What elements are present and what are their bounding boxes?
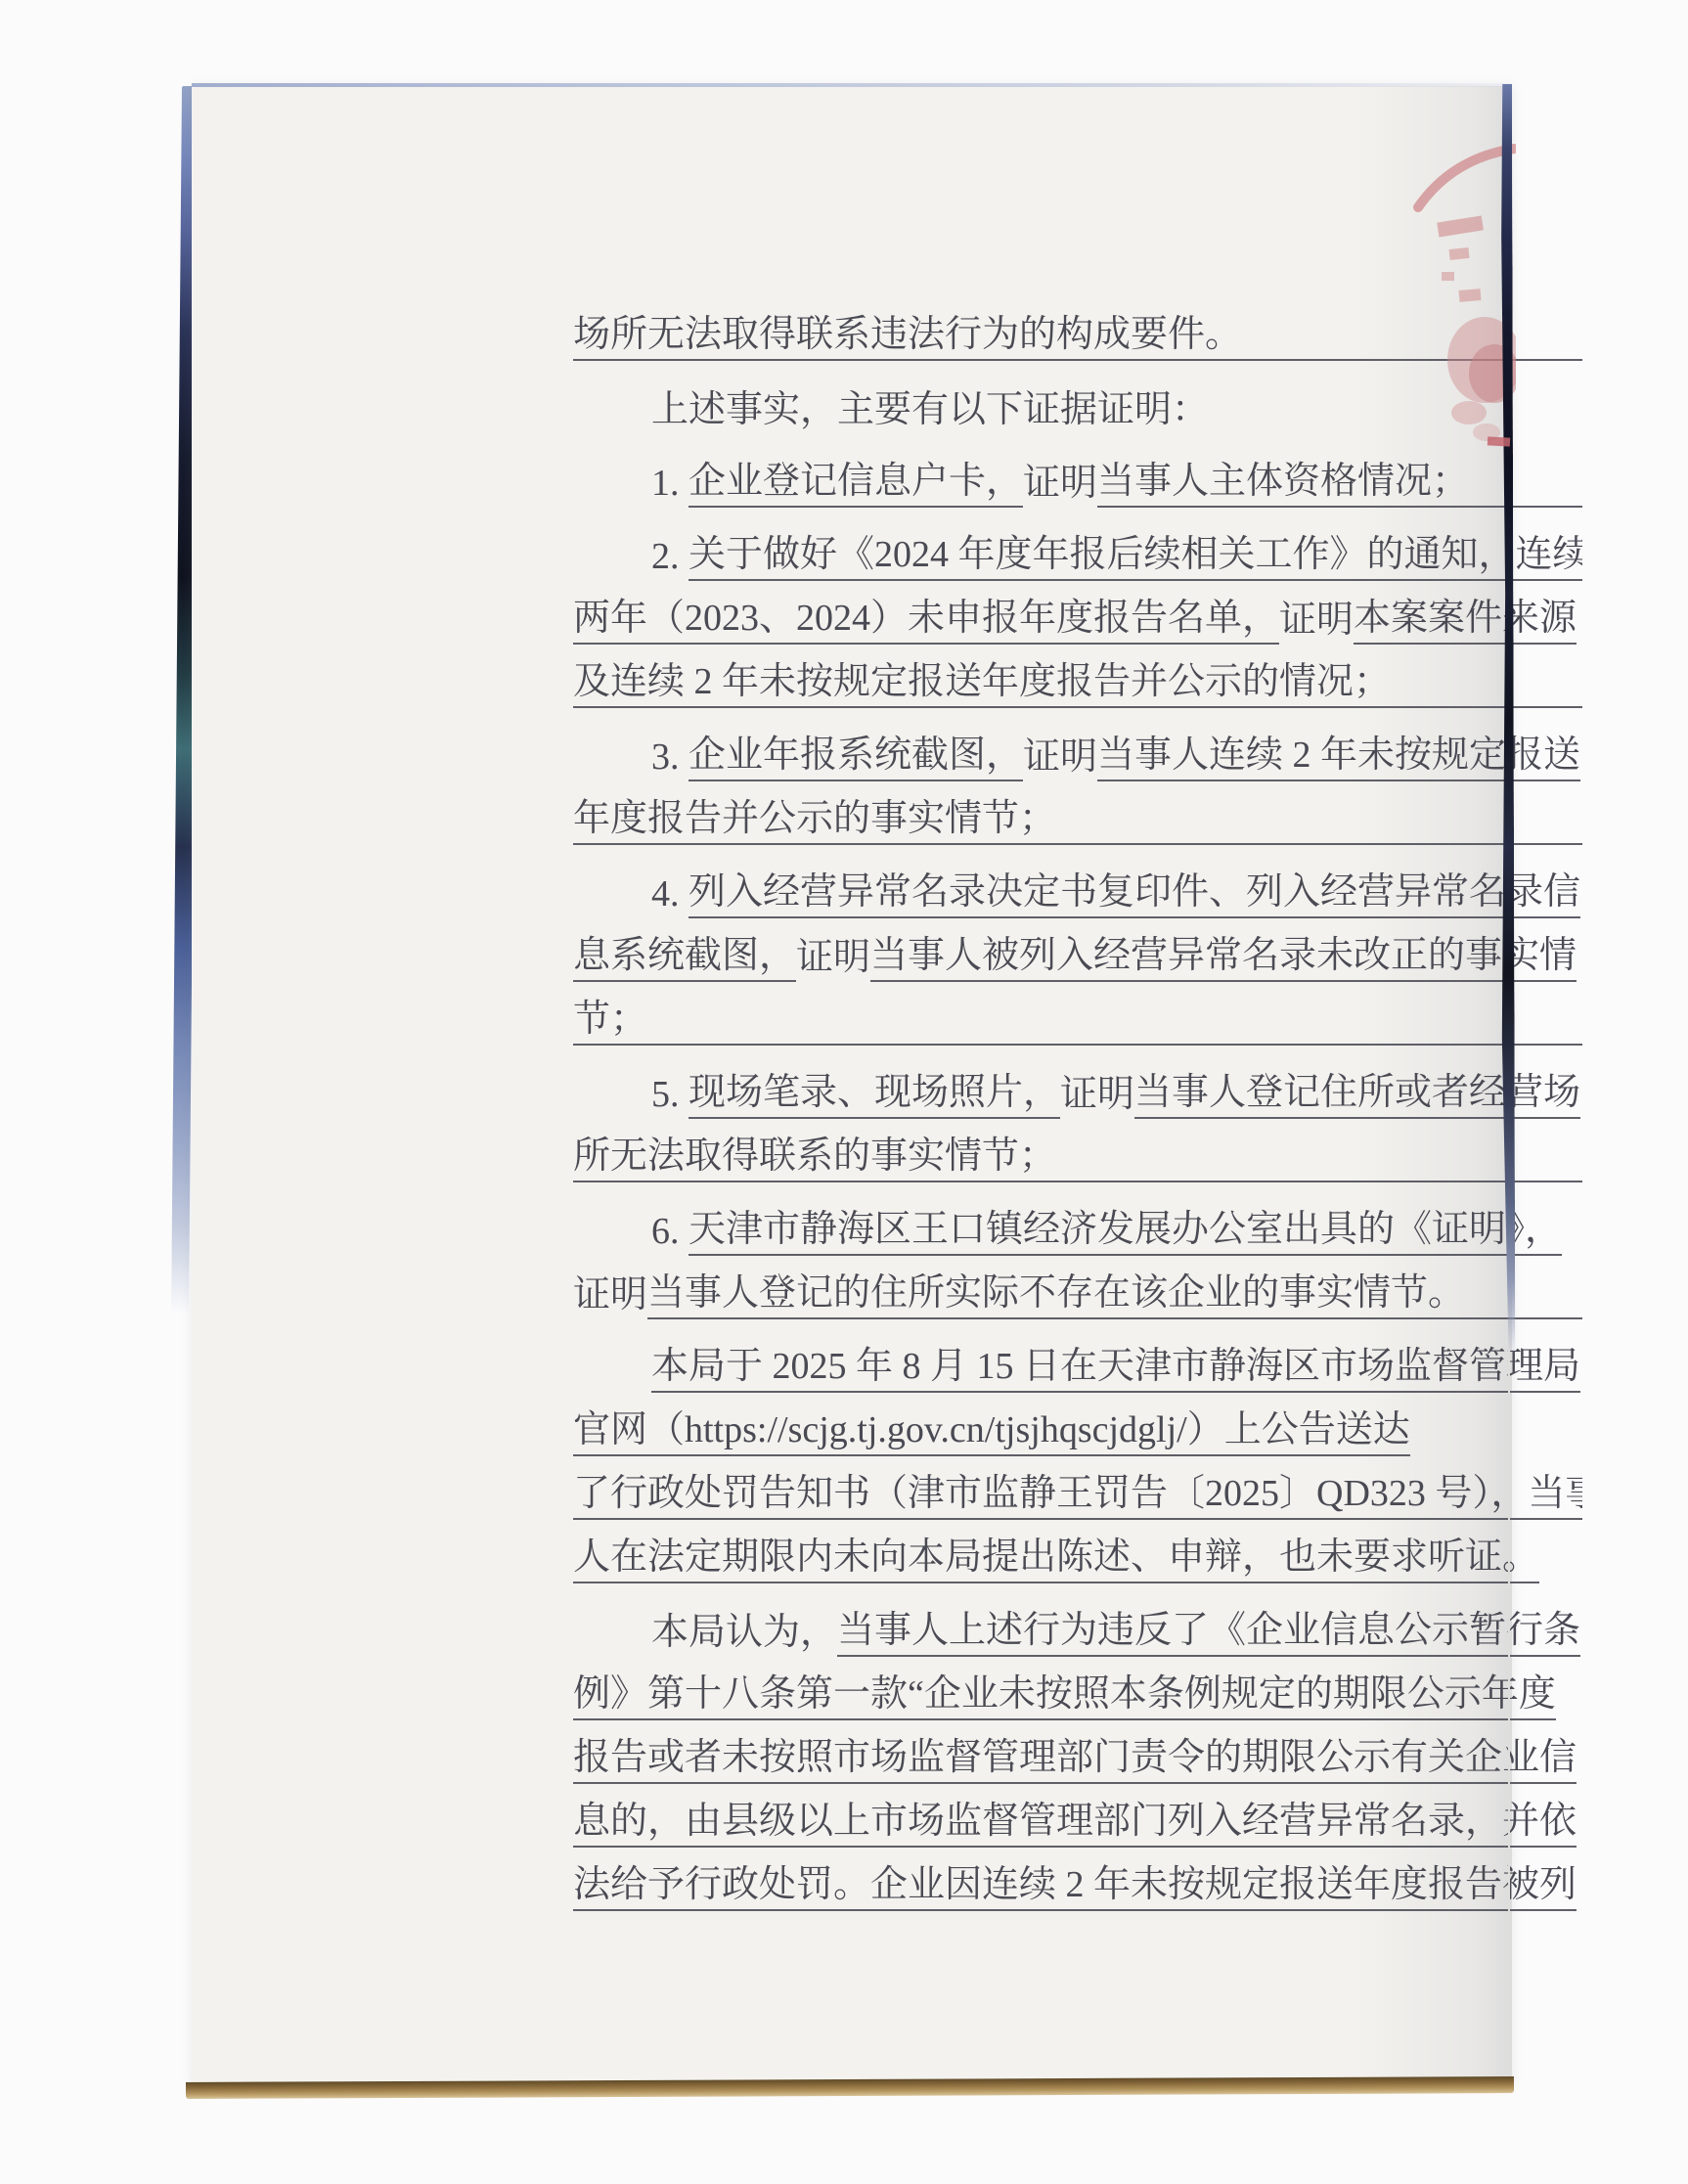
text-line: 本局于 2025 年 8 月 15 日在天津市静海区市场监督管理局 [573, 1329, 1582, 1393]
text-segment: 当事人被列入经营异常名录未改正的事实情 [870, 931, 1577, 982]
text-line: 官网（https://scjg.tj.gov.cn/tjsjhqscjdglj/… [573, 1393, 1582, 1456]
text-segment: 4. [651, 869, 689, 918]
text-segment: 及连续 2 年未按规定报送年度报告并公示的情况； [573, 657, 1391, 708]
text-line: 了行政处罚告知书（津市监静王罚告〔2025〕QD323 号），当事 [573, 1456, 1582, 1520]
text-segment: 3. [651, 733, 689, 781]
text-line: 息系统截图，证明当事人被列入经营异常名录未改正的事实情 [573, 918, 1582, 982]
text-segment: 两年（2023、2024）未申报年度报告名单， [573, 594, 1279, 645]
text-segment: 6. [651, 1207, 689, 1256]
text-segment: 法给予行政处罚。企业因连续 2 年未按规定报送年度报告被列 [573, 1860, 1577, 1911]
text-line: 2. 关于做好《2024 年度年报后续相关工作》的通知，连续 [573, 517, 1582, 581]
text-segment: 现场笔录、现场照片， [689, 1068, 1060, 1119]
text-line: 1. 企业登记信息户卡，证明当事人主体资格情况； [573, 444, 1582, 508]
text-segment: 场所无法取得联系违法行为的构成要件。 [573, 310, 1242, 361]
text-segment: 当事人登记的住所实际不存在该企业的事实情节。 [647, 1269, 1465, 1319]
text-line: 节； [573, 982, 1582, 1046]
page-right-edge-line [1508, 1350, 1510, 2083]
text-segment: 关于做好《2024 年度年报后续相关工作》的通知，连续 [689, 530, 1582, 581]
text-line: 所无法取得联系的事实情节； [573, 1119, 1582, 1182]
scanned-document-photo: 场所无法取得联系违法行为的构成要件。上述事实，主要有以下证据证明：1. 企业登记… [0, 0, 1688, 2184]
text-line: 4. 列入经营异常名录决定书复印件、列入经营异常名录信 [573, 855, 1582, 918]
underline-fill [1056, 1132, 1582, 1182]
text-segment: 了行政处罚告知书（津市监静王罚告〔2025〕QD323 号），当事 [573, 1469, 1582, 1520]
text-line: 人在法定期限内未向本局提出陈述、申辩，也未要求听证。 [573, 1520, 1582, 1583]
text-segment: 1. [651, 459, 689, 508]
text-segment: 报告或者未按照市场监督管理部门责令的期限公示有关企业信 [573, 1733, 1577, 1784]
text-segment: 所无法取得联系的事实情节； [573, 1132, 1056, 1182]
text-segment: 本案案件来源 [1354, 594, 1577, 645]
text-line: 报告或者未按照市场监督管理部门责令的期限公示有关企业信 [573, 1720, 1582, 1784]
text-segment: 证明 [1279, 596, 1354, 645]
text-line: 法给予行政处罚。企业因连续 2 年未按规定报送年度报告被列 [573, 1848, 1582, 1911]
text-segment: 证明 [1023, 459, 1097, 508]
text-line: 证明当事人登记的住所实际不存在该企业的事实情节。 [573, 1256, 1582, 1319]
text-segment: 证明 [1060, 1070, 1134, 1119]
text-line: 例》第十八条第一款“企业未按照本条例规定的期限公示年度 [573, 1657, 1582, 1720]
document-body: 场所无法取得联系违法行为的构成要件。上述事实，主要有以下证据证明：1. 企业登记… [573, 297, 1582, 1911]
text-line: 年度报告并公示的事实情节； [573, 781, 1582, 845]
text-line: 息的，由县级以上市场监督管理部门列入经营异常名录，并依 [573, 1784, 1582, 1848]
text-line: 本局认为，当事人上述行为违反了《企业信息公示暂行条 [573, 1593, 1582, 1657]
text-segment: 本局于 2025 年 8 月 15 日在天津市静海区市场监督管理局 [651, 1342, 1580, 1393]
text-segment: 息系统截图， [573, 931, 796, 982]
text-segment: 年度报告并公示的事实情节； [573, 794, 1056, 845]
text-segment: 上述事实，主要有以下证据证明： [651, 385, 1209, 434]
text-segment: 2. [651, 532, 689, 581]
text-segment: 列入经营异常名录决定书复印件、列入经营异常名录信 [689, 868, 1580, 918]
stamp-ink-on-edge [1488, 436, 1510, 446]
text-segment: 证明 [573, 1270, 647, 1319]
text-segment: 人在法定期限内未向本局提出陈述、申辩，也未要求听证。 [573, 1533, 1539, 1583]
text-segment: 证明 [796, 933, 870, 982]
text-segment: 息的，由县级以上市场监督管理部门列入经营异常名录，并依 [573, 1797, 1577, 1848]
underline-fill [647, 995, 1582, 1046]
text-segment: 官网（https://scjg.tj.gov.cn/tjsjhqscjdglj/… [573, 1405, 1410, 1456]
document-page: 场所无法取得联系违法行为的构成要件。上述事实，主要有以下证据证明：1. 企业登记… [192, 86, 1512, 2085]
text-segment: 节； [573, 995, 647, 1046]
text-segment: 企业登记信息户卡， [689, 457, 1023, 508]
text-segment: 证明 [1023, 733, 1097, 781]
underline-fill [1465, 1269, 1582, 1319]
text-segment: 例》第十八条第一款“企业未按照本条例规定的期限公示年度 [573, 1670, 1556, 1720]
text-segment: 当事人上述行为违反了《企业信息公示暂行条 [837, 1606, 1580, 1657]
text-segment: 本局认为， [651, 1608, 837, 1657]
text-line: 场所无法取得联系违法行为的构成要件。 [573, 297, 1582, 361]
text-segment: 企业年报系统截图， [689, 731, 1023, 781]
text-line: 5. 现场笔录、现场照片，证明当事人登记住所或者经营场 [573, 1055, 1582, 1119]
underline-fill [1469, 457, 1582, 508]
text-line: 上述事实，主要有以下证据证明： [573, 371, 1582, 434]
text-segment: 天津市静海区王口镇经济发展办公室出具的《证明》， [689, 1205, 1562, 1256]
text-line: 两年（2023、2024）未申报年度报告名单，证明本案案件来源 [573, 581, 1582, 645]
text-line: 3. 企业年报系统截图，证明当事人连续 2 年未按规定报送 [573, 718, 1582, 781]
underline-fill [1242, 310, 1582, 361]
text-segment: 当事人主体资格情况； [1097, 457, 1469, 508]
underline-fill [1391, 657, 1582, 708]
text-segment: 5. [651, 1070, 689, 1119]
text-line: 及连续 2 年未按规定报送年度报告并公示的情况； [573, 645, 1582, 708]
text-line: 6. 天津市静海区王口镇经济发展办公室出具的《证明》， [573, 1192, 1582, 1256]
